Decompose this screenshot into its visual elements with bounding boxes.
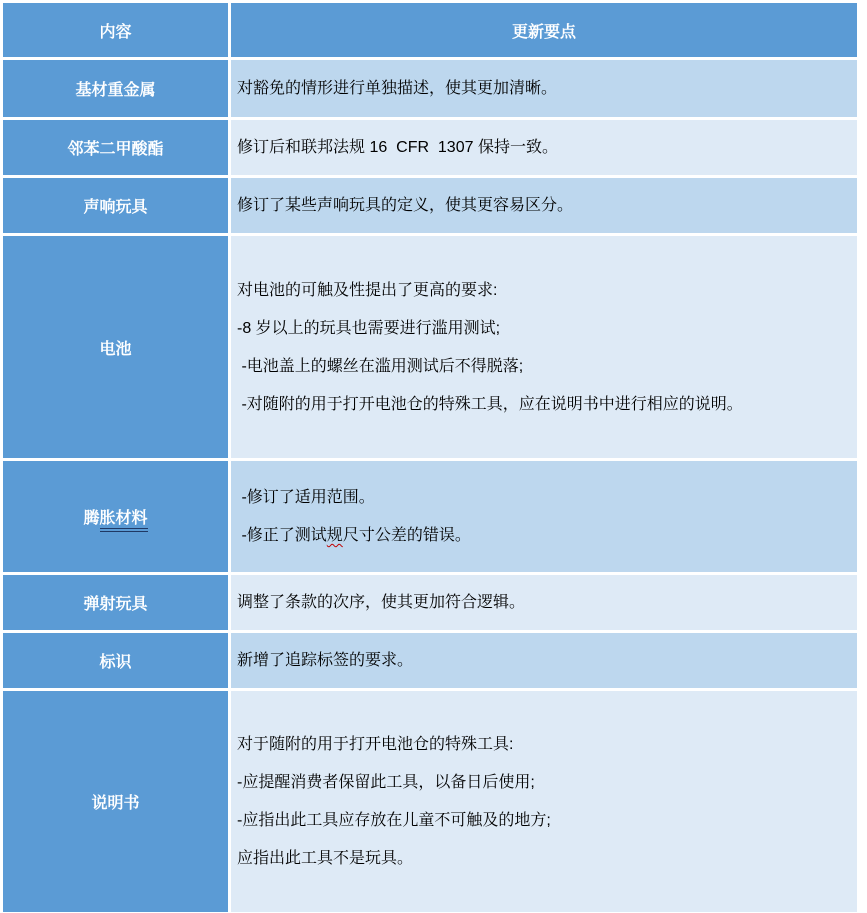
table-row: 声响玩具 修订了某些声响玩具的定义，使其更容易区分。 (3, 178, 857, 233)
table-row: 电池 对电池的可触及性提出了更高的要求: -8 岁以上的玩具也需要进行滥用测试;… (3, 236, 857, 458)
point-text: 调整了条款的次序，使其更加符合逻辑。 (237, 592, 849, 613)
category-cell: 电池 (3, 236, 228, 458)
point-text: -应提醒消费者保留此工具，以备日后使用; (237, 772, 849, 793)
category-cell: 标识 (3, 633, 228, 688)
point-text: 对于随附的用于打开电池仓的特殊工具: (237, 734, 849, 755)
category-cell: 说明书 (3, 691, 228, 912)
point-text: -修订了适用范围。 (237, 487, 849, 508)
point-text: 对电池的可触及性提出了更高的要求: (237, 280, 849, 301)
point-text: 修订了某些声响玩具的定义，使其更容易区分。 (237, 195, 849, 216)
header-cell-content: 内容 (3, 3, 228, 57)
category-cell: 邻苯二甲酸酯 (3, 120, 228, 175)
points-cell: -修订了适用范围。 -修正了测试规尺寸公差的错误。 (231, 461, 857, 572)
point-text: -对随附的用于打开电池仓的特殊工具，应在说明书中进行相应的说明。 (237, 394, 849, 415)
document-page: 内容 更新要点 基材重金属 对豁免的情形进行单独描述，使其更加清晰。 邻苯二甲酸… (0, 0, 867, 913)
update-points-table: 内容 更新要点 基材重金属 对豁免的情形进行单独描述，使其更加清晰。 邻苯二甲酸… (0, 0, 860, 913)
point-text: 修订后和联邦法规 16 CFR 1307 保持一致。 (237, 137, 849, 158)
category-text: 腾 (83, 510, 99, 527)
point-text: -修正了测试规尺寸公差的错误。 (237, 525, 849, 546)
table-row: 说明书 对于随附的用于打开电池仓的特殊工具: -应提醒消费者保留此工具，以备日后… (3, 691, 857, 912)
points-cell: 修订后和联邦法规 16 CFR 1307 保持一致。 (231, 120, 857, 175)
table-row: 邻苯二甲酸酯 修订后和联邦法规 16 CFR 1307 保持一致。 (3, 120, 857, 175)
points-cell: 对豁免的情形进行单独描述，使其更加清晰。 (231, 60, 857, 117)
table-header-row: 内容 更新要点 (3, 3, 857, 57)
header-cell-update-points: 更新要点 (231, 3, 857, 57)
points-cell: 对电池的可触及性提出了更高的要求: -8 岁以上的玩具也需要进行滥用测试; -电… (231, 236, 857, 458)
table-row: 标识 新增了追踪标签的要求。 (3, 633, 857, 688)
points-cell: 修订了某些声响玩具的定义，使其更容易区分。 (231, 178, 857, 233)
points-cell: 对于随附的用于打开电池仓的特殊工具: -应提醒消费者保留此工具，以备日后使用; … (231, 691, 857, 912)
table-row: 腾胀材料 -修订了适用范围。 -修正了测试规尺寸公差的错误。 (3, 461, 857, 572)
point-text: 对豁免的情形进行单独描述，使其更加清晰。 (237, 78, 849, 99)
table-row: 弹射玩具 调整了条款的次序，使其更加符合逻辑。 (3, 575, 857, 630)
point-text: -应指出此工具应存放在儿童不可触及的地方; (237, 810, 849, 831)
category-text-grammar-underlined: 胀材料 (100, 510, 148, 532)
category-cell: 弹射玩具 (3, 575, 228, 630)
point-text: 应指出此工具不是玩具。 (237, 848, 849, 869)
points-cell: 调整了条款的次序，使其更加符合逻辑。 (231, 575, 857, 630)
points-cell: 新增了追踪标签的要求。 (231, 633, 857, 688)
point-text: -8 岁以上的玩具也需要进行滥用测试; (237, 318, 849, 339)
spellcheck-flagged-text: 规 (327, 527, 343, 544)
category-cell: 腾胀材料 (3, 461, 228, 572)
table-row: 基材重金属 对豁免的情形进行单独描述，使其更加清晰。 (3, 60, 857, 117)
point-text: 新增了追踪标签的要求。 (237, 650, 849, 671)
category-cell: 声响玩具 (3, 178, 228, 233)
point-text: -电池盖上的螺丝在滥用测试后不得脱落; (237, 356, 849, 377)
category-cell: 基材重金属 (3, 60, 228, 117)
